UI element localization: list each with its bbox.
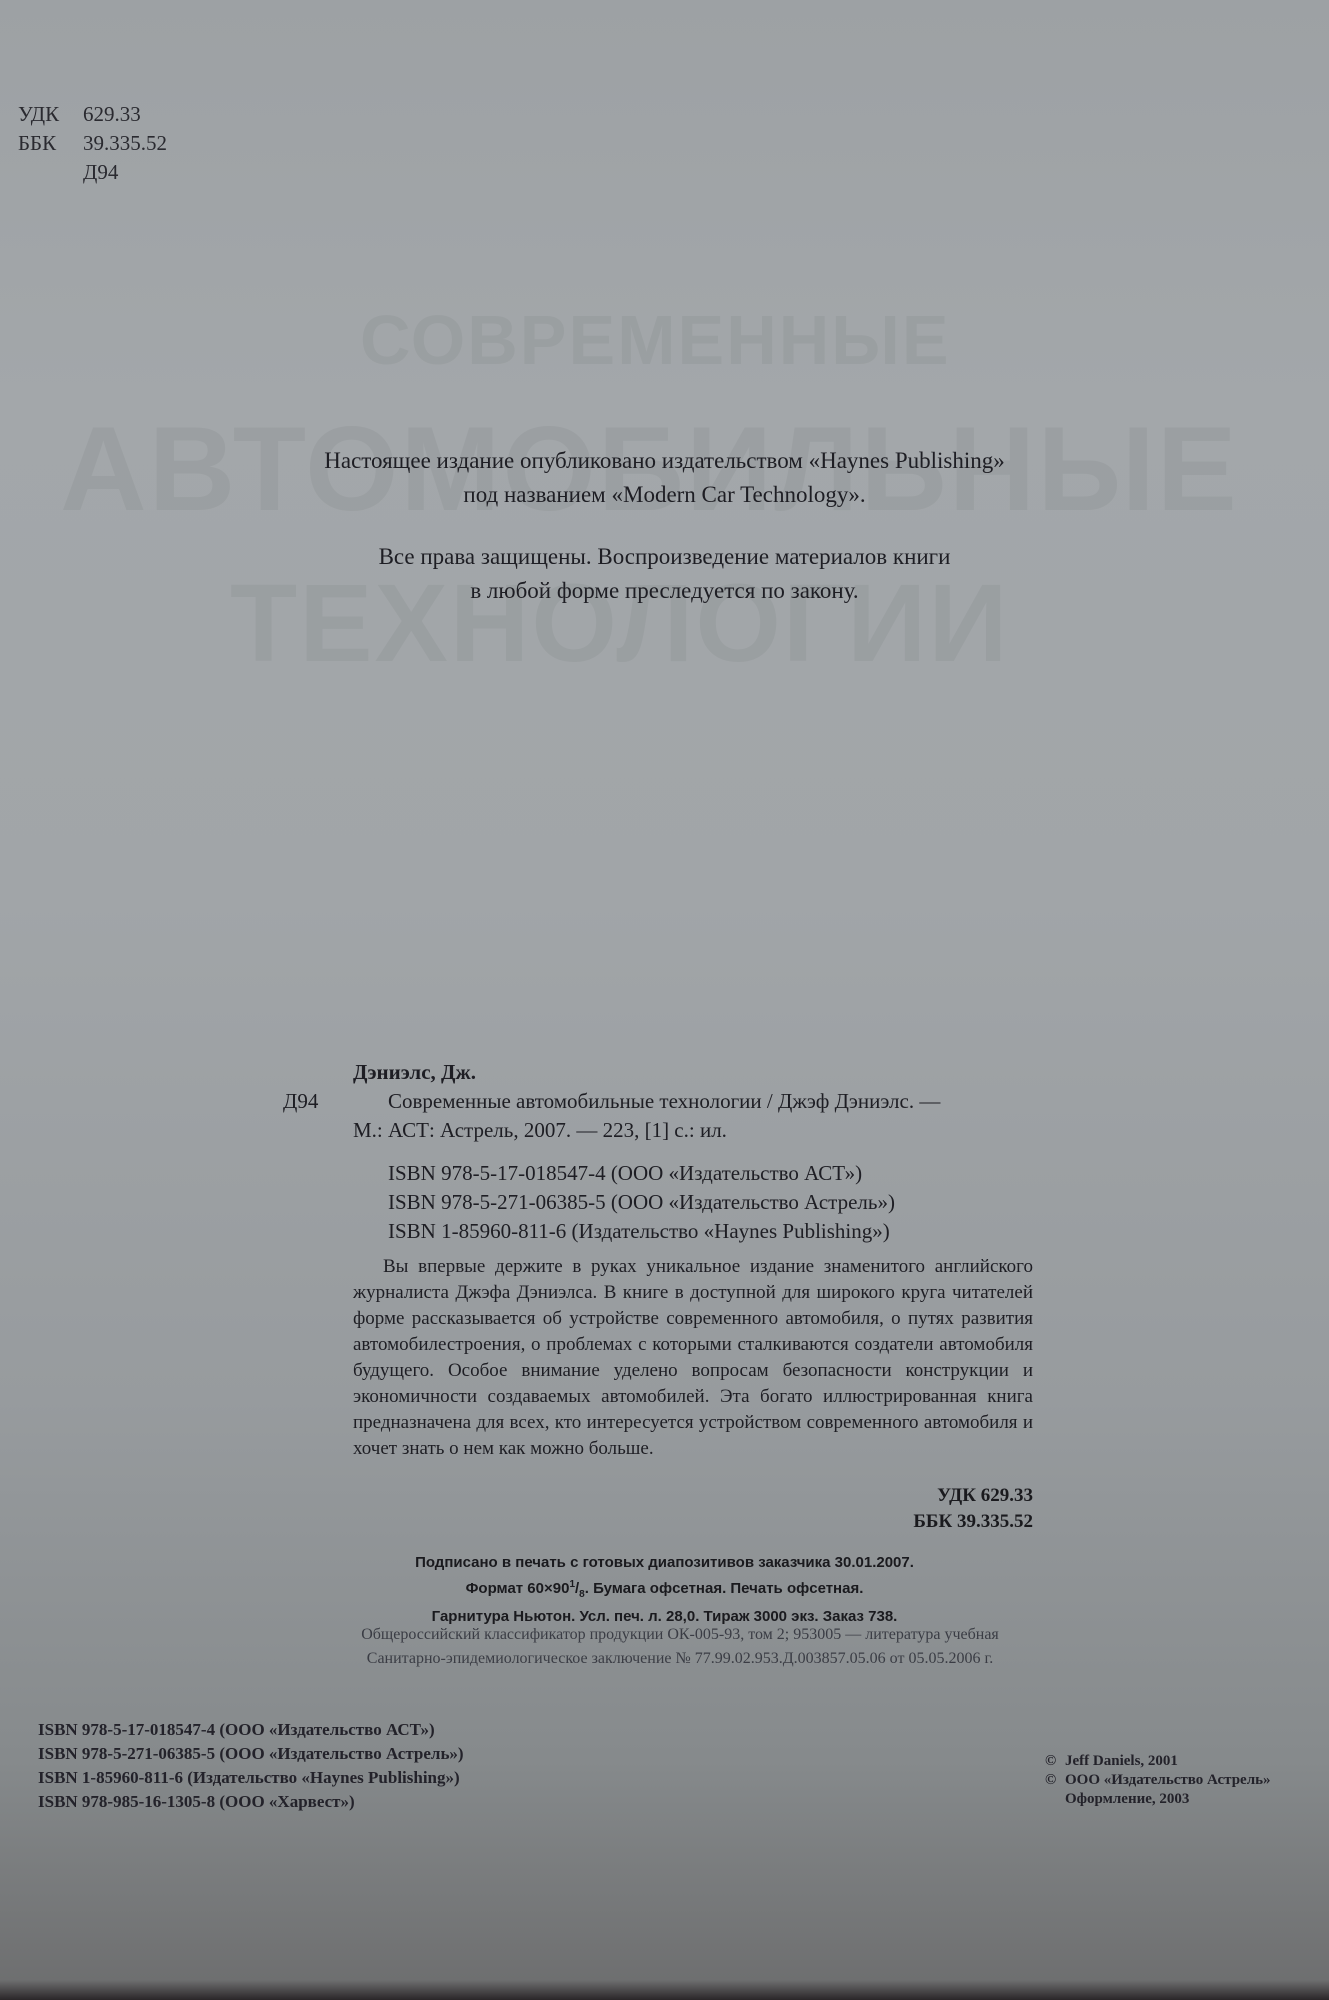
classification-codes: УДК 629.33 ББК 39.335.52 Д94 (18, 100, 167, 187)
show-through-text: СОВРЕМЕННЫЕ (360, 300, 951, 380)
author-code-value: Д94 (83, 158, 118, 187)
copyright-line: © ООО «Издательство Астрель» (1045, 1771, 1271, 1790)
okp-line: Общероссийский классификатор продукции О… (290, 1623, 1070, 1647)
udk-label: УДК (18, 100, 83, 129)
copyright-block: © Jeff Daniels, 2001 © ООО «Издательство… (1045, 1752, 1271, 1809)
format-prefix: Формат 60×90 (466, 1580, 570, 1597)
catalog-title: Современные автомобильные технологии / Д… (388, 1087, 940, 1116)
copyright-text: ООО «Издательство Астрель» (1065, 1771, 1271, 1790)
notice-line: Настоящее издание опубликовано издательс… (0, 444, 1329, 478)
copyright-line: Оформление, 2003 (1045, 1790, 1271, 1809)
udk-value: 629.33 (83, 100, 141, 129)
copyright-line: © Jeff Daniels, 2001 (1045, 1752, 1271, 1771)
imprint-signed: Подписано в печать с готовых диапозитиво… (0, 1552, 1329, 1574)
bbk-label: ББК (18, 129, 83, 158)
copyright-spacer (1045, 1790, 1065, 1809)
copyright-icon: © (1045, 1752, 1065, 1771)
isbn-entry: ISBN 978-5-271-06385-5 (ООО «Издательств… (38, 1742, 464, 1766)
isbn-block: ISBN 978-5-17-018547-4 (ООО «Издательств… (38, 1718, 464, 1814)
classification-row-udk: УДК 629.33 (18, 100, 167, 129)
notice-line: Все права защищены. Воспроизведение мате… (0, 540, 1329, 574)
imprint-format: Формат 60×901/8. Бумага офсетная. Печать… (0, 1574, 1329, 1606)
copyright-text: Jeff Daniels, 2001 (1065, 1752, 1178, 1771)
original-edition-notice: Настоящее издание опубликовано издательс… (0, 444, 1329, 512)
isbn-entry: ISBN 1-85960-811-6 (Издательство «Haynes… (38, 1766, 464, 1790)
copyright-icon: © (1045, 1771, 1065, 1790)
catalog-author: Дэниэлс, Дж. (353, 1058, 476, 1087)
product-classification: Общероссийский классификатор продукции О… (290, 1623, 1070, 1671)
isbn-entry: ISBN 978-985-16-1305-8 (ООО «Харвест») (38, 1790, 464, 1814)
notice-line: под названием «Modern Car Technology». (0, 478, 1329, 512)
author-code-label (18, 158, 83, 187)
catalog-code: Д94 (283, 1087, 318, 1116)
copyright-text: Оформление, 2003 (1065, 1790, 1189, 1809)
classification-row-author-code: Д94 (18, 158, 167, 187)
format-suffix: . Бумага офсетная. Печать офсетная. (585, 1580, 864, 1597)
bbk-value: 39.335.52 (83, 129, 167, 158)
catalog-annotation: Вы впервые держите в руках уникальное из… (353, 1254, 1033, 1462)
book-imprint-page: СОВРЕМЕННЫЕ АВТОМОБИЛЬНЫЕ ТЕХНОЛОГИИ УДК… (0, 0, 1329, 2000)
rights-notice: Все права защищены. Воспроизведение мате… (0, 540, 1329, 608)
classification-row-bbk: ББК 39.335.52 (18, 129, 167, 158)
print-imprint: Подписано в печать с готовых диапозитиво… (0, 1552, 1329, 1628)
isbn-entry: ISBN 1-85960-811-6 (Издательство «Haynes… (388, 1217, 895, 1246)
annotation-bbk: ББК 39.335.52 (800, 1509, 1033, 1535)
isbn-entry: ISBN 978-5-271-06385-5 (ООО «Издательств… (388, 1188, 895, 1217)
format-numerator: 1 (569, 1579, 575, 1590)
annotation-codes: УДК 629.33 ББК 39.335.52 (800, 1483, 1033, 1535)
annotation-udk: УДК 629.33 (800, 1483, 1033, 1509)
sanitary-line: Санитарно-эпидемиологическое заключение … (290, 1647, 1070, 1671)
isbn-entry: ISBN 978-5-17-018547-4 (ООО «Издательств… (388, 1159, 895, 1188)
catalog-publication: М.: АСТ: Астрель, 2007. — 223, [1] с.: и… (353, 1116, 727, 1145)
notice-line: в любой форме преследуется по закону. (0, 574, 1329, 608)
catalog-isbn-list: ISBN 978-5-17-018547-4 (ООО «Издательств… (388, 1159, 895, 1246)
isbn-entry: ISBN 978-5-17-018547-4 (ООО «Издательств… (38, 1718, 464, 1742)
